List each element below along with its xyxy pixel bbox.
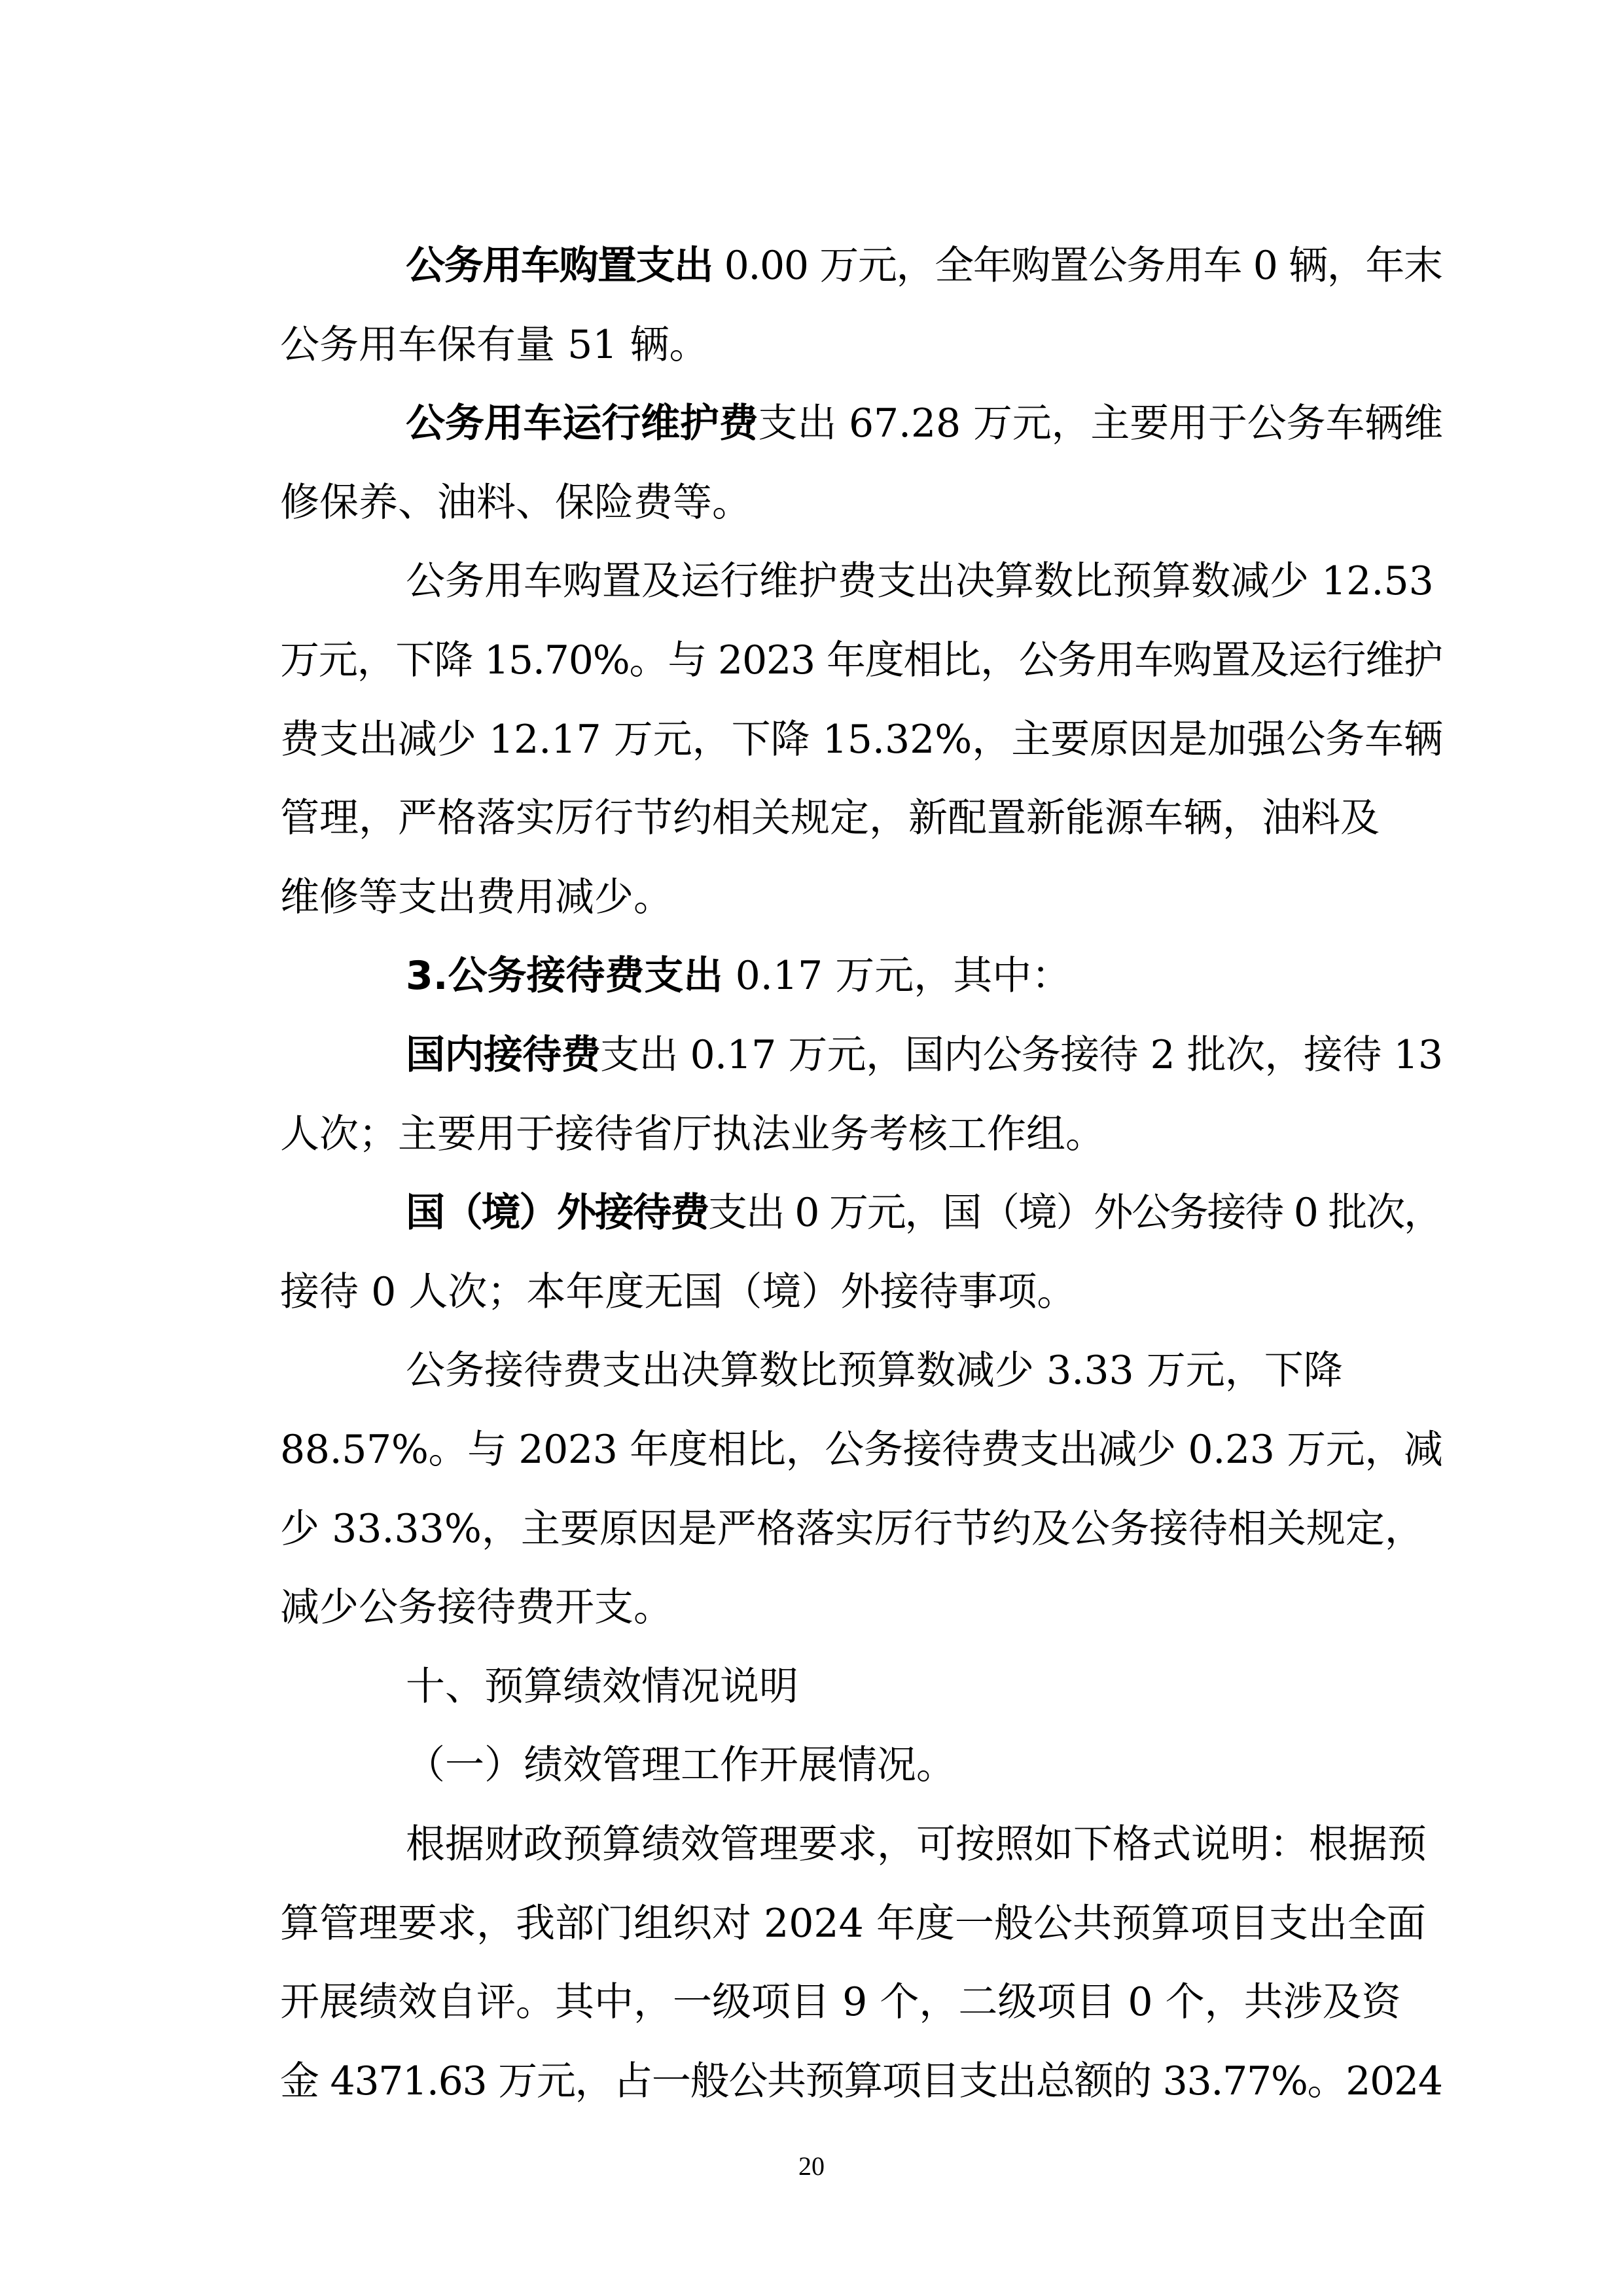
text-line: 费支出减少 12.17 万元，下降 15.32%，主要原因是加强公务车辆 xyxy=(280,707,1443,772)
line-text: 人次；主要用于接待省厅执法业务考核工作组。 xyxy=(280,1111,1105,1157)
section-heading: 十、预算绩效情况说明 xyxy=(406,1654,1443,1719)
text-line: 减少公务接待费开支。 xyxy=(280,1575,1443,1640)
text-line: 修保养、油料、保险费等。 xyxy=(280,470,1443,535)
bold-term: 公务用车购置支出 xyxy=(406,243,713,289)
text-line: 管理，严格落实厉行节约相关规定，新配置新能源车辆，油料及 xyxy=(280,785,1443,851)
document-page: 公务用车购置支出 0.00 万元，全年购置公务用车 0 辆，年末公务用车保有量 … xyxy=(0,0,1623,2296)
bold-term: 国内接待费 xyxy=(406,1032,600,1078)
text-line: 国内接待费支出 0.17 万元，国内公务接待 2 批次，接待 13 xyxy=(406,1022,1443,1088)
text-line: 开展绩效自评。其中，一级项目 9 个，二级项目 0 个，共涉及资 xyxy=(280,1969,1443,2035)
line-text: 接待 0 人次；本年度无国（境）外接待事项。 xyxy=(280,1269,1076,1315)
text-line: 人次；主要用于接待省厅执法业务考核工作组。 xyxy=(280,1102,1443,1167)
line-text: 算管理要求，我部门组织对 2024 年度一般公共预算项目支出全面 xyxy=(280,1901,1426,1946)
line-text: 少 33.33%，主要原因是严格落实厉行节约及公务接待相关规定， xyxy=(280,1506,1424,1552)
page-number: 20 xyxy=(0,2150,1623,2183)
text-line: 少 33.33%，主要原因是严格落实厉行节约及公务接待相关规定， xyxy=(280,1496,1443,1562)
text-line: 国（境）外接待费支出 0 万元，国（境）外公务接待 0 批次， xyxy=(406,1180,1443,1246)
line-text: 费支出减少 12.17 万元，下降 15.32%，主要原因是加强公务车辆 xyxy=(280,717,1443,762)
text-line: （一）绩效管理工作开展情况。 xyxy=(406,1732,1443,1798)
text-line: 根据财政预算绩效管理要求，可按照如下格式说明：根据预 xyxy=(406,1812,1443,1877)
line-text: 0.00 万元，全年购置公务用车 0 辆，年末 xyxy=(713,243,1442,289)
text-line: 公务用车保有量 51 辆。 xyxy=(280,312,1443,378)
text-line: 88.57%。与 2023 年度相比，公务接待费支出减少 0.23 万元，减 xyxy=(280,1417,1443,1482)
line-text: 公务用车保有量 51 辆。 xyxy=(280,322,709,368)
line-text: 支出 0.17 万元，国内公务接待 2 批次，接待 13 xyxy=(600,1032,1442,1078)
line-text: 管理，严格落实厉行节约相关规定，新配置新能源车辆，油料及 xyxy=(280,795,1380,841)
line-text: 十、预算绩效情况说明 xyxy=(406,1664,798,1710)
text-line: 维修等支出费用减少。 xyxy=(280,865,1443,930)
line-text: 公务接待费支出决算数比预算数减少 3.33 万元，下降 xyxy=(406,1348,1343,1393)
text-line: 万元，下降 15.70%。与 2023 年度相比，公务用车购置及运行维护 xyxy=(280,628,1443,693)
line-text: 88.57%。与 2023 年度相比，公务接待费支出减少 0.23 万元，减 xyxy=(280,1427,1443,1473)
text-line: 金 4371.63 万元，占一般公共预算项目支出总额的 33.77%。2024 xyxy=(280,2049,1443,2114)
text-line: 公务接待费支出决算数比预算数减少 3.33 万元，下降 xyxy=(406,1338,1443,1403)
line-text: 万元，下降 15.70%。与 2023 年度相比，公务用车购置及运行维护 xyxy=(280,637,1442,683)
line-text: （一）绩效管理工作开展情况。 xyxy=(406,1742,955,1788)
text-line: 接待 0 人次；本年度无国（境）外接待事项。 xyxy=(280,1259,1443,1325)
text-line: 公务用车购置及运行维护费支出决算数比预算数减少 12.53 xyxy=(406,548,1443,614)
line-text: 公务用车购置及运行维护费支出决算数比预算数减少 12.53 xyxy=(406,558,1434,604)
text-line: 公务用车购置支出 0.00 万元，全年购置公务用车 0 辆，年末 xyxy=(406,233,1443,298)
text-line: 3.公务接待费支出 0.17 万元，其中： xyxy=(406,943,1443,1009)
text-line: 公务用车运行维护费支出 67.28 万元，主要用于公务车辆维 xyxy=(406,391,1443,456)
line-text: 金 4371.63 万元，占一般公共预算项目支出总额的 33.77%。2024 xyxy=(280,2058,1442,2104)
line-text: 修保养、油料、保险费等。 xyxy=(280,480,751,526)
bold-term: 国（境）外接待费 xyxy=(406,1190,708,1236)
line-text: 支出 0 万元，国（境）外公务接待 0 批次， xyxy=(708,1190,1442,1236)
line-text: 维修等支出费用减少。 xyxy=(280,874,673,920)
text-line: 算管理要求，我部门组织对 2024 年度一般公共预算项目支出全面 xyxy=(280,1891,1443,1956)
line-text: 减少公务接待费开支。 xyxy=(280,1585,673,1630)
line-text: 支出 67.28 万元，主要用于公务车辆维 xyxy=(758,401,1442,446)
line-text: 根据财政预算绩效管理要求，可按照如下格式说明：根据预 xyxy=(406,1821,1427,1867)
bold-term: 公务用车运行维护费 xyxy=(406,401,758,446)
line-text: 开展绩效自评。其中，一级项目 9 个，二级项目 0 个，共涉及资 xyxy=(280,1979,1401,2025)
line-text: 0.17 万元，其中： xyxy=(723,953,1071,999)
bold-term: 3.公务接待费支出 xyxy=(406,953,723,999)
